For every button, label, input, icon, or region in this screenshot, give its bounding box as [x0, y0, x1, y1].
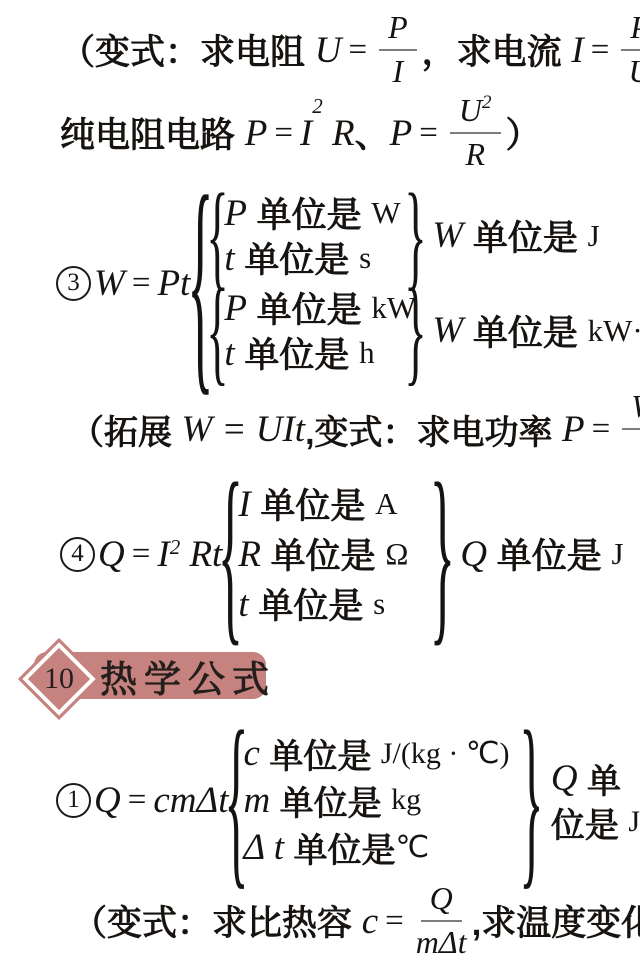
unit-symbol: kW· h	[588, 313, 640, 349]
equals-sign: =	[348, 32, 367, 69]
formula-label: 1 Q = cmΔt	[56, 779, 229, 822]
variant-text: ，求电流	[422, 25, 572, 75]
unit-line: t 单位是 h	[224, 331, 408, 376]
unit-symbol: ℃	[396, 830, 430, 865]
section-heading-thermal: 热学公式 10	[0, 640, 640, 718]
superscript-2: 2	[312, 94, 323, 119]
unit-symbol: h	[359, 335, 375, 371]
fraction-Q-over-mdt: Q mΔt	[416, 880, 467, 962]
right-brace: }	[524, 757, 539, 843]
fraction-P-over-U: P U	[621, 9, 640, 91]
variant-text: （拓展	[70, 405, 181, 454]
var: Q	[460, 533, 487, 576]
left-brace: {	[210, 288, 224, 374]
equals-sign: =	[419, 115, 438, 152]
equals-sign: =	[591, 32, 610, 69]
var-Rt: Rt	[180, 533, 222, 576]
equals-sign: =	[274, 115, 293, 152]
enumeration-comma: 、	[355, 108, 390, 158]
circled-number-1: 1	[56, 783, 91, 818]
var-R: R	[323, 112, 355, 155]
fraction-U2-over-R: U2 R	[450, 92, 501, 174]
circled-number-4: 4	[60, 537, 95, 572]
variant-text: ,求温度变化量	[472, 896, 640, 946]
unit-text: 单	[578, 754, 621, 803]
var: Q	[551, 757, 578, 800]
close-paren: ）	[506, 108, 541, 158]
right-brace: }	[408, 288, 422, 374]
var-I: I	[571, 29, 583, 72]
unit-result: Q 单位是 J	[460, 529, 623, 579]
var-P: P	[245, 112, 268, 155]
unit-text: 单位是	[249, 579, 373, 629]
right-brace: }	[434, 511, 450, 597]
formula-joule-heat: 4 Q = I 2 Rt { I 单位是 A R 单位是 Ω t 单位是 s }…	[60, 478, 640, 630]
unit-text: 单位是	[251, 479, 375, 529]
left-brace: {	[222, 511, 238, 597]
unit-symbol: kg	[391, 783, 421, 817]
extension-line-electric-power: （拓展 W = UIt ,变式：求电功率 P = W t ）	[70, 390, 640, 468]
equals-sign: =	[128, 782, 147, 819]
equals-sign: =	[132, 265, 151, 302]
unit-text: 单位是	[261, 529, 385, 579]
equals-sign: =	[385, 903, 404, 940]
denominator: I	[393, 51, 404, 91]
var-c: c	[362, 900, 378, 943]
formula-heat-capacity: 1 Q = cmΔt { c 单位是 J/(kg · ℃) m 单位是 kg Δ…	[56, 726, 640, 874]
unit-groups: { P 单位是 W t 单位是 s } W 单位是 J	[210, 191, 640, 376]
heading-number: 10	[33, 653, 85, 705]
heading-title: 热学公式	[100, 649, 276, 703]
variant-text: （变式：求电阻	[60, 25, 315, 75]
var: W	[432, 214, 463, 257]
unit-text: 单位是	[260, 729, 381, 778]
equals-sign: =	[592, 411, 611, 448]
denominator: U	[629, 51, 640, 91]
numerator: P	[379, 9, 417, 51]
unit-line: t 单位是 s	[224, 236, 408, 281]
fraction-P-over-I: P I	[379, 9, 417, 91]
unit-text: 单位是	[487, 529, 611, 579]
superscript-2: 2	[170, 535, 181, 560]
unit-symbol: A	[375, 486, 397, 522]
variant-line-specific-heat: （变式：求比热容 c = Q mΔt ,求温度变化量	[72, 884, 640, 958]
numerator: U2	[450, 92, 501, 134]
superscript-2: 2	[482, 92, 492, 113]
unit-line: I 单位是 A	[238, 479, 434, 529]
formula-electric-work: 3 W = Pt { { P 单位是 W t 单位是 s	[56, 188, 640, 378]
unit-symbol: J	[588, 218, 600, 254]
var-Q: Q	[94, 779, 121, 822]
unit-line: m 单位是 kg	[244, 777, 524, 824]
unit-group-kilowatt-hour: { P 单位是 kW t 单位是 h } W 单位是 kW· h	[210, 286, 640, 376]
unit-line: P 单位是 kW	[224, 286, 408, 331]
unit-symbol: J	[628, 805, 640, 839]
formula-sheet-page: （变式：求电阻 U = P I ，求电流 I = P U ， 纯电阻电路 P =…	[0, 0, 640, 963]
numerator: P	[621, 9, 640, 51]
var-Q: Q	[98, 533, 125, 576]
unit-symbol: Ω	[385, 536, 408, 572]
unit-symbol: s	[359, 240, 371, 276]
unit-text: 单位是	[235, 233, 359, 283]
var: W	[432, 309, 463, 352]
unit-text: 单位是	[463, 306, 587, 356]
unit-text: 单位是	[247, 188, 371, 238]
variant-text: 纯电阻电路	[60, 108, 245, 158]
unit-line: Δ t 单位是℃	[244, 824, 524, 871]
unit-result: W 单位是 J	[432, 211, 599, 261]
left-brace: {	[229, 757, 244, 843]
var-U: U	[315, 29, 342, 72]
denominator: R	[465, 134, 485, 174]
unit-text: 单位是	[247, 283, 371, 333]
unit-text: 单位是	[235, 328, 359, 378]
unit-line: t 单位是 s	[238, 579, 434, 629]
var-W: W	[94, 262, 125, 305]
unit-symbol: J/(kg · ℃)	[381, 736, 510, 771]
unit-line: c 单位是 J/(kg · ℃)	[244, 730, 524, 777]
unit-line: P 单位是 W	[224, 191, 408, 236]
unit-symbol: W	[371, 195, 400, 231]
unit-result: W 单位是 kW· h	[432, 306, 640, 356]
denominator: mΔt	[416, 922, 467, 962]
formula-label: 4 Q = I 2 Rt	[60, 533, 222, 576]
fraction-W-over-t: W t	[622, 388, 640, 470]
var-P: P	[390, 112, 413, 155]
formula-label: 3 W = Pt	[56, 262, 190, 305]
unit-text: 单位是	[284, 823, 395, 872]
equals-sign: =	[132, 536, 151, 573]
variant-line-resistance-current: （变式：求电阻 U = P I ，求电流 I = P U ，	[60, 10, 640, 90]
var-P: P	[562, 408, 585, 451]
var: Δ t	[244, 826, 285, 869]
variant-text: （变式：求比热容	[72, 896, 362, 946]
var-I: I	[300, 112, 312, 155]
var-I: I	[157, 533, 169, 576]
var-Pt: Pt	[157, 262, 190, 305]
circled-number-3: 3	[56, 266, 91, 301]
unit-text: 单位是	[463, 211, 587, 261]
unit-result-two-line: Q 单 位是 J	[551, 756, 640, 844]
unit-symbol: s	[373, 586, 385, 622]
unit-line: R 单位是 Ω	[238, 529, 434, 579]
unit-symbol: J	[612, 536, 624, 572]
var-cmdt: cmΔt	[153, 779, 228, 822]
variant-line-pure-resistance: 纯电阻电路 P = I 2 R 、 P = U2 R ）	[60, 92, 640, 174]
heading-number-diamond: 10	[18, 638, 100, 720]
unit-text: 位是	[551, 798, 628, 847]
numerator: Q	[421, 880, 462, 922]
unit-text: 单位是	[270, 776, 391, 825]
numerator: W	[622, 388, 640, 430]
